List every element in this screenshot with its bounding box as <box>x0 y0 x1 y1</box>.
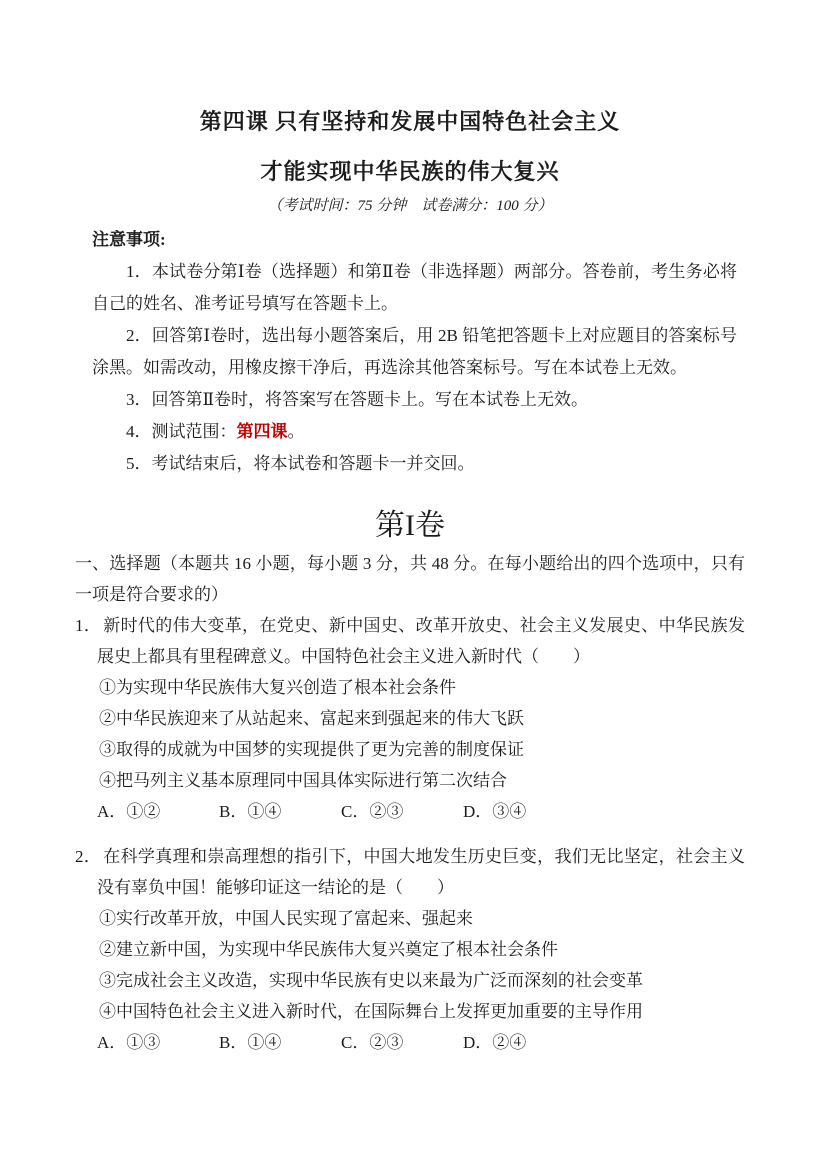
doc-title-line2: 才能实现中华民族的伟大复兴 <box>75 156 745 188</box>
notice-item-5: 5．考试结束后，将本试卷和答题卡一并交回。 <box>92 448 737 480</box>
question-1-choices: A．①②B．①④C．②③D．③④ <box>75 796 745 827</box>
question-1-statement-2: ②中华民族迎来了从站起来、富起来到强起来的伟大飞跃 <box>75 703 745 734</box>
exam-document-page: 第四课 只有坚持和发展中国特色社会主义 才能实现中华民族的伟大复兴 （考试时间：… <box>0 0 827 1169</box>
question-1: 1．新时代的伟大变革，在党史、新中国史、改革开放史、社会主义发展史、中华民族发展… <box>75 610 745 827</box>
question-1-statement-1: ①为实现中华民族伟大复兴创造了根本社会条件 <box>75 672 745 703</box>
question-2-text: 在科学真理和崇高理想的指引下，中国大地发生历史巨变，我们无比坚定，社会主义没有辜… <box>97 847 745 897</box>
question-1-choice-b: B．①④ <box>219 796 341 827</box>
notice-item-1: 1．本试卷分第Ⅰ卷（选择题）和第Ⅱ卷（非选择题）两部分。答卷前，考生务必将自己的… <box>92 256 737 320</box>
question-2-statement-3: ③完成社会主义改造，实现中华民族有史以来最为广泛而深刻的社会变革 <box>75 965 745 996</box>
question-2-number: 2． <box>75 847 103 866</box>
notice-heading: 注意事项: <box>92 224 737 256</box>
question-2-choice-b: B．①④ <box>219 1027 341 1058</box>
question-2-choices: A．①③B．①④C．②③D．②④ <box>75 1027 745 1058</box>
question-1-text: 新时代的伟大变革，在党史、新中国史、改革开放史、社会主义发展史、中华民族发展史上… <box>97 616 745 666</box>
notice-item-4: 4．测试范围：第四课。 <box>92 416 737 448</box>
question-2-choice-d: D．②④ <box>463 1027 526 1058</box>
notice-item-4-prefix: 4．测试范围： <box>126 422 237 441</box>
notice-section: 注意事项: 1．本试卷分第Ⅰ卷（选择题）和第Ⅱ卷（非选择题）两部分。答卷前，考生… <box>92 224 737 480</box>
question-2-statement-4: ④中国特色社会主义进入新时代，在国际舞台上发挥更加重要的主导作用 <box>75 996 745 1027</box>
exam-time-score-info: （考试时间：75 分钟 试卷满分：100 分） <box>75 196 745 216</box>
volume-1-title: 第I卷 <box>75 504 745 548</box>
question-1-statement-4: ④把马列主义基本原理同中国具体实际进行第二次结合 <box>75 765 745 796</box>
test-scope-highlight: 第四课 <box>237 422 288 441</box>
doc-title-line1: 第四课 只有坚持和发展中国特色社会主义 <box>75 106 745 138</box>
question-2: 2．在科学真理和崇高理想的指引下，中国大地发生历史巨变，我们无比坚定，社会主义没… <box>75 841 745 1058</box>
notice-item-2: 2．回答第Ⅰ卷时，选出每小题答案后，用 2B 铅笔把答题卡上对应题目的答案标号涂… <box>92 320 737 384</box>
question-1-number: 1． <box>75 616 103 635</box>
question-2-choice-c: C．②③ <box>341 1027 463 1058</box>
notice-item-4-suffix: 。 <box>288 422 305 441</box>
question-2-statement-2: ②建立新中国，为实现中华民族伟大复兴奠定了根本社会条件 <box>75 934 745 965</box>
multiple-choice-section-intro: 一、选择题（本题共 16 小题，每小题 3 分，共 48 分。在每小题给出的四个… <box>75 548 745 610</box>
question-2-choice-a: A．①③ <box>97 1027 219 1058</box>
question-2-stem: 2．在科学真理和崇高理想的指引下，中国大地发生历史巨变，我们无比坚定，社会主义没… <box>75 841 745 903</box>
question-1-stem: 1．新时代的伟大变革，在党史、新中国史、改革开放史、社会主义发展史、中华民族发展… <box>75 610 745 672</box>
notice-item-3: 3．回答第Ⅱ卷时，将答案写在答题卡上。写在本试卷上无效。 <box>92 384 737 416</box>
question-1-choice-a: A．①② <box>97 796 219 827</box>
question-1-choice-c: C．②③ <box>341 796 463 827</box>
question-1-statement-3: ③取得的成就为中国梦的实现提供了更为完善的制度保证 <box>75 734 745 765</box>
question-2-statement-1: ①实行改革开放，中国人民实现了富起来、强起来 <box>75 903 745 934</box>
question-1-choice-d: D．③④ <box>463 796 526 827</box>
